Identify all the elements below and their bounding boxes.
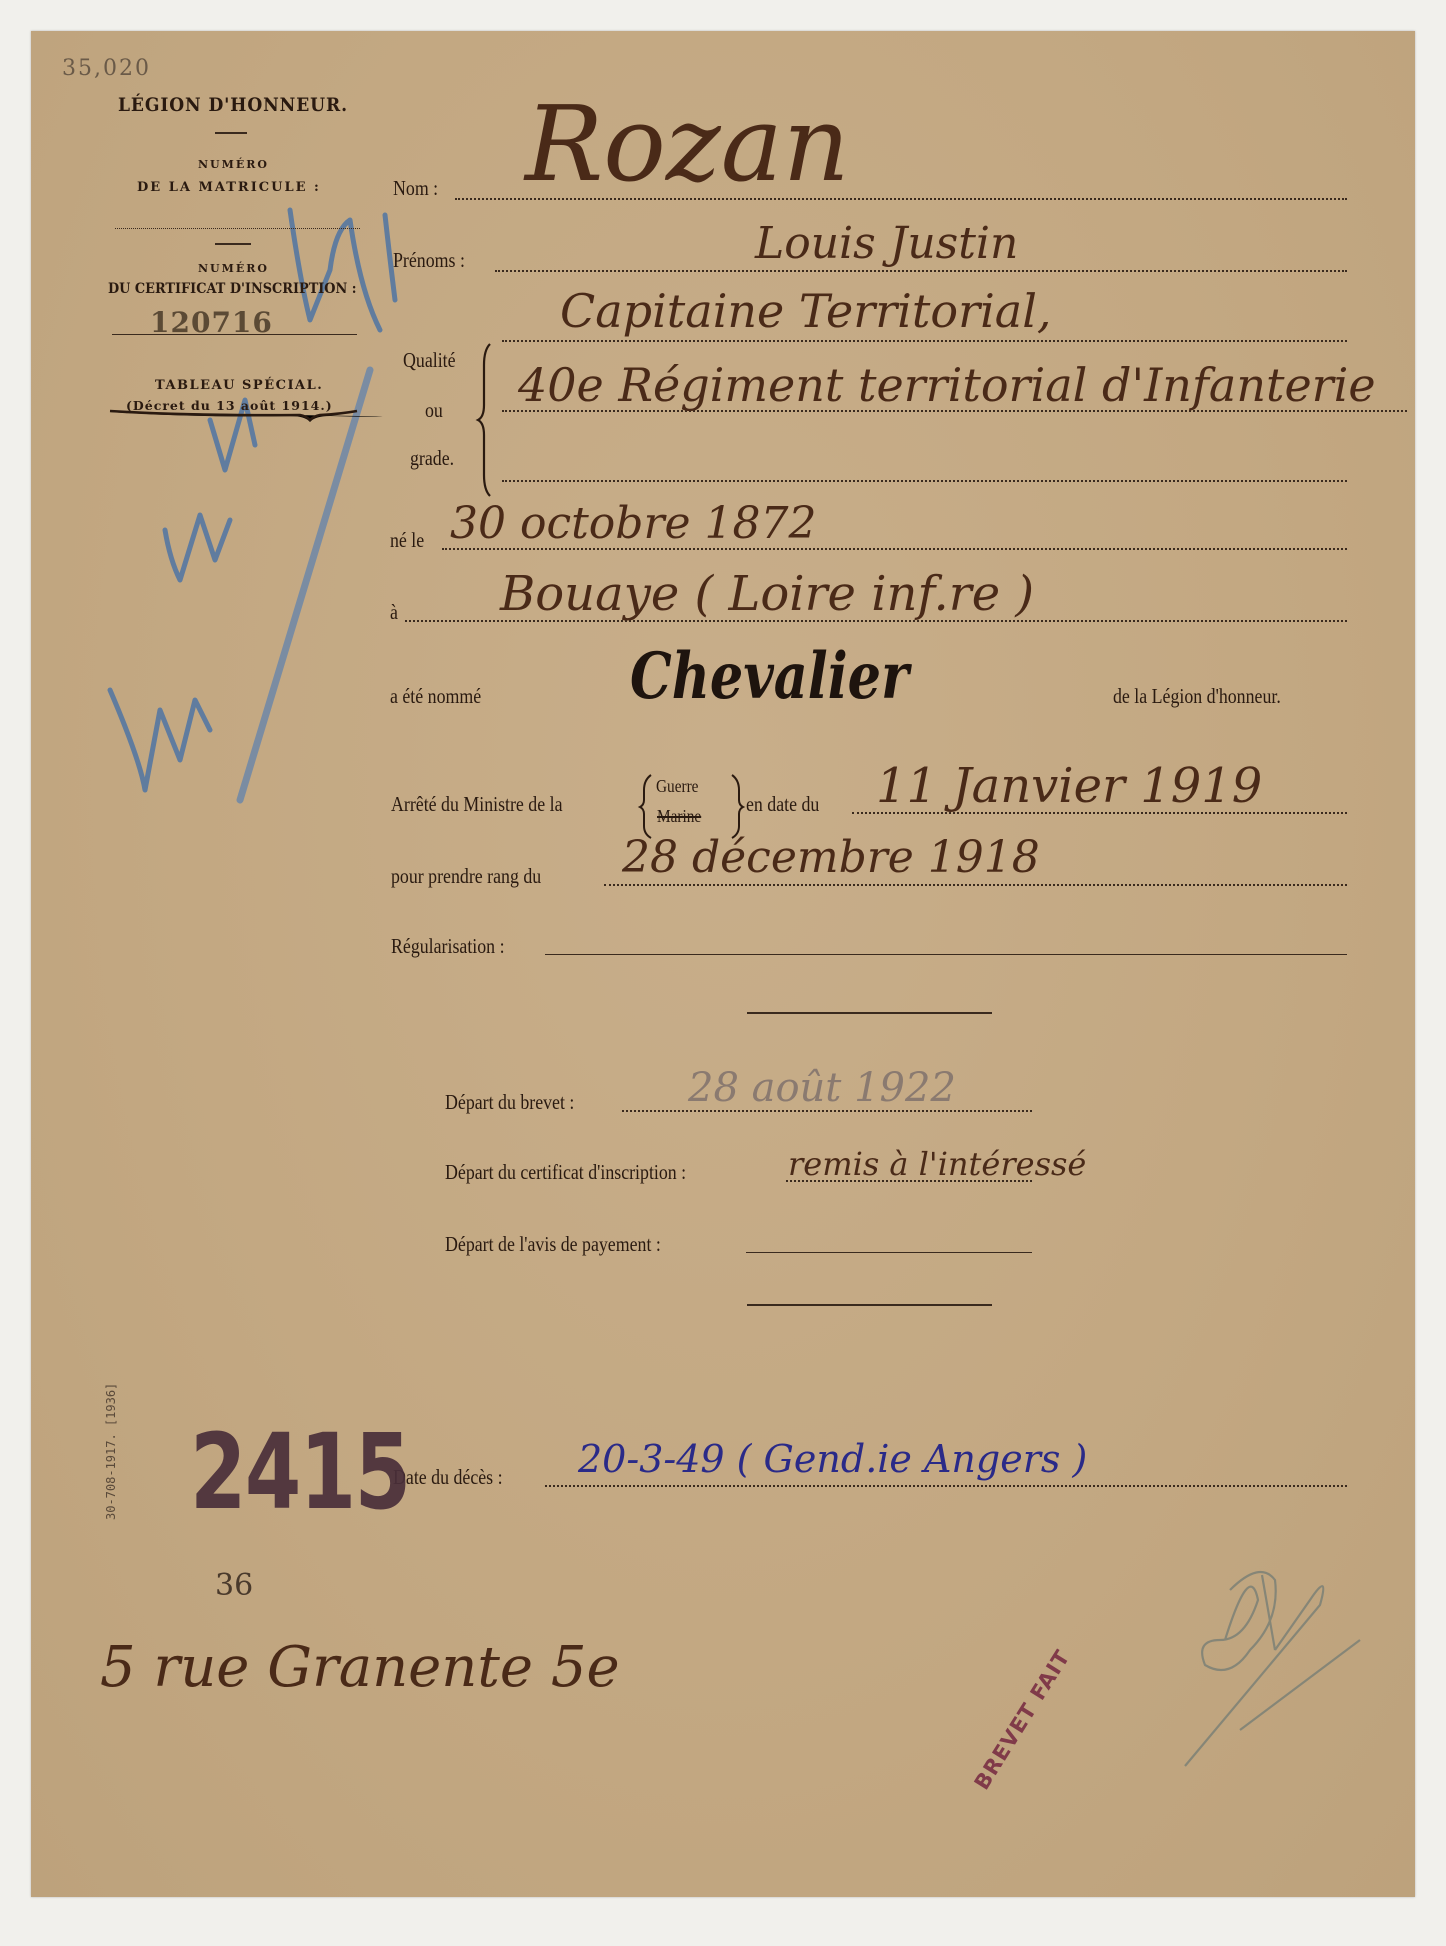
stamp-number: 2415 xyxy=(190,1420,410,1524)
regularisation-line xyxy=(545,954,1347,955)
qualite-line-3 xyxy=(502,480,1347,482)
header-divider xyxy=(215,132,247,134)
qualite-value-line2: 40e Régiment territorial d'Infanterie xyxy=(518,362,1376,408)
prenoms-label: Prénoms : xyxy=(393,248,465,273)
matricule-divider xyxy=(215,243,251,245)
certificat-label-line1: NUMÉRO xyxy=(198,262,269,275)
section-divider-1 xyxy=(747,1012,992,1014)
arrete-option-marine-struck: Marine xyxy=(657,806,701,827)
deces-value: 20-3-49 ( Gend.ie Angers ) xyxy=(578,1440,1087,1478)
depart-brevet-label: Départ du brevet : xyxy=(445,1090,574,1115)
tableau-line2: (Décret du 13 août 1914.) xyxy=(126,398,333,413)
qualite-value-line1: Capitaine Territorial, xyxy=(560,288,1052,334)
tableau-line1: TABLEAU SPÉCIAL. xyxy=(155,378,323,393)
nomination-label-after: de la Légion d'honneur. xyxy=(1113,684,1281,709)
depart-certificat-label: Départ du certificat d'inscription : xyxy=(445,1160,686,1185)
arrete-label: Arrêté du Ministre de la xyxy=(391,792,563,817)
nom-value: Rozan xyxy=(525,92,850,196)
a-label: à xyxy=(390,600,398,625)
depart-brevet-value: 28 août 1922 xyxy=(688,1068,956,1108)
ne-le-label: né le xyxy=(390,528,424,553)
depart-avis-label: Départ de l'avis de payement : xyxy=(445,1232,661,1257)
section-divider-2 xyxy=(747,1304,992,1306)
vertical-print-code: 30-708-1917. [1936] xyxy=(104,1383,118,1520)
prenoms-line xyxy=(495,270,1347,272)
qualite-label-line2: ou xyxy=(425,398,443,423)
header-title: LÉGION D'HONNEUR. xyxy=(118,94,348,116)
regularisation-label: Régularisation : xyxy=(391,934,505,959)
arrete-option-guerre: Guerre xyxy=(656,776,698,797)
prenoms-value: Louis Justin xyxy=(755,222,1018,266)
initials-signature: SA xyxy=(1210,1590,1211,1591)
matricule-label-line1: NUMÉRO xyxy=(198,158,269,171)
rang-label: pour prendre rang du xyxy=(391,864,541,889)
certificat-label-line2: DU CERTIFICAT D'INSCRIPTION : xyxy=(108,281,357,297)
qualite-label-line1: Qualité xyxy=(403,348,456,373)
depart-certificat-value: remis à l'intéressé xyxy=(788,1148,1086,1180)
matricule-label-line2: DE LA MATRICULE : xyxy=(137,180,321,195)
depart-avis-line xyxy=(746,1252,1032,1253)
rang-line xyxy=(604,884,1347,886)
stamped-number-top: 35,020 xyxy=(62,56,151,81)
matricule-line xyxy=(115,228,360,229)
certificat-line xyxy=(112,334,357,335)
arrete-date-label: en date du xyxy=(746,792,819,817)
nom-label: Nom : xyxy=(393,176,438,201)
annotation-number-36: 36 xyxy=(215,1568,253,1603)
rang-value: 28 décembre 1918 xyxy=(622,836,1040,880)
nomination-grade: Chevalier xyxy=(630,645,909,709)
nomination-label-before: a été nommé xyxy=(390,684,481,709)
ne-le-value: 30 octobre 1872 xyxy=(450,502,816,546)
qualite-label-line3: grade. xyxy=(410,446,454,471)
annotation-address: 5 rue Granente 5e xyxy=(100,1640,620,1696)
deces-line xyxy=(545,1485,1347,1487)
arrete-date-value: 11 Janvier 1919 xyxy=(876,762,1262,810)
qualite-line-1 xyxy=(502,340,1347,342)
a-value: Bouaye ( Loire inf.re ) xyxy=(500,570,1034,618)
